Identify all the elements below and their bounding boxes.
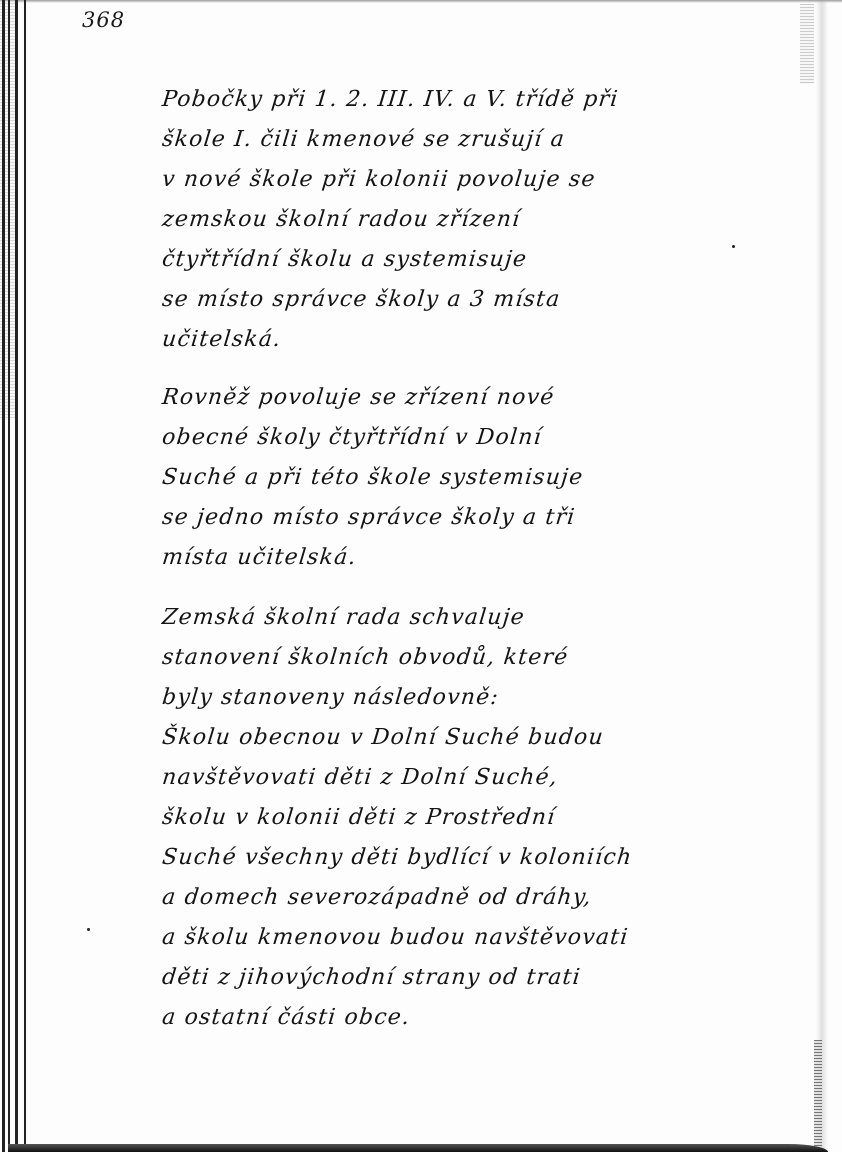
scan-right-edge: [816, 0, 828, 1152]
text-line: čtyřtřídní školu a systemisuje: [160, 240, 784, 280]
text-line: Školu obecnou v Dolní Suché budou: [160, 718, 784, 758]
text-line: učitelská.: [160, 320, 784, 360]
scan-bottom-edge: [8, 1144, 828, 1152]
text-line: byly stanoveny následovně:: [160, 678, 784, 718]
text-line: v nové škole při kolonii povoluje se: [160, 160, 784, 200]
text-line: a domech severozápadně od dráhy,: [160, 878, 784, 918]
text-line: a školu kmenovou budou navštěvovati: [160, 918, 784, 958]
text-line: obecné školy čtyřtřídní v Dolní: [160, 418, 784, 458]
ink-speck: [732, 245, 735, 248]
paragraph-3: Zemská školní rada schvaluje stanovení š…: [160, 598, 780, 1038]
text-line: Zemská školní rada schvaluje: [160, 598, 784, 638]
paragraph-2: Rovněž povoluje se zřízení nové obecné š…: [160, 378, 780, 578]
text-line: místa učitelská.: [160, 538, 784, 578]
text-line: zemskou školní radou zřízení: [160, 200, 784, 240]
text-line: se místo správce školy a 3 místa: [160, 280, 784, 320]
ink-speck: [87, 928, 90, 931]
text-line: škole I. čili kmenové se zrušují a: [160, 120, 784, 160]
text-line: Suché všechny děti bydlící v koloniích: [160, 838, 784, 878]
page-number: 368: [82, 8, 125, 32]
scanned-document-page: 368 Pobočky při 1. 2. III. IV. a V. tříd…: [0, 0, 842, 1152]
scan-top-edge: [0, 0, 842, 3]
text-line: Suché a při této škole systemisuje: [160, 458, 784, 498]
text-line: navštěvovati děti z Dolní Suché,: [160, 758, 784, 798]
text-line: děti z jihovýchodní strany od trati: [160, 958, 784, 998]
text-line: Rovněž povoluje se zřízení nové: [160, 378, 784, 418]
scan-right-grain: [800, 4, 814, 84]
page-binding-edge: [0, 0, 30, 1152]
text-line: školu v kolonii děti z Prostřední: [160, 798, 784, 838]
text-line: a ostatní části obce.: [160, 998, 784, 1038]
text-line: Pobočky při 1. 2. III. IV. a V. třídě př…: [160, 80, 784, 120]
paragraph-1: Pobočky při 1. 2. III. IV. a V. třídě př…: [160, 80, 780, 360]
text-line: se jedno místo správce školy a tři: [160, 498, 784, 538]
scan-right-edge-shadow: [814, 1040, 822, 1148]
text-line: stanovení školních obvodů, které: [160, 638, 784, 678]
